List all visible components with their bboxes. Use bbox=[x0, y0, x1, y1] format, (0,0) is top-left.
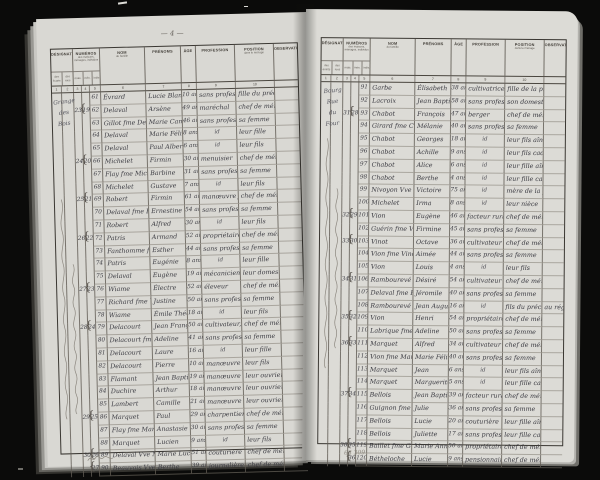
cell-designation-b bbox=[66, 247, 78, 260]
cell-menage-no: 34 bbox=[349, 390, 357, 403]
cell-individu-no: 115 bbox=[357, 390, 368, 403]
header-sublabel: des écarts bbox=[52, 72, 63, 85]
column-number: 2 bbox=[331, 75, 343, 81]
cell-age: 4 ans bbox=[450, 262, 465, 275]
cell-designation-a bbox=[54, 170, 64, 183]
cell-observations bbox=[542, 327, 563, 340]
header-prenoms: Prénoms bbox=[415, 39, 451, 75]
register-row: 3734115BelloisJean Baptiste39 ansfacteur… bbox=[319, 389, 563, 404]
cell-profession: cultivateur bbox=[465, 275, 504, 288]
cell-prenoms: Adeline bbox=[413, 326, 449, 339]
cell-designation-a bbox=[321, 146, 331, 159]
cell-designation-b bbox=[63, 119, 75, 132]
cell-position: leur fils bbox=[504, 263, 543, 276]
cell-age: 54 ans bbox=[449, 314, 464, 327]
cell-designation-b bbox=[330, 223, 342, 236]
cell-designation-a bbox=[55, 196, 65, 209]
cell-age: 40 ans bbox=[449, 352, 464, 365]
cell-observations bbox=[280, 279, 303, 292]
table-body: 91GarbeÉlisabeth38 anscultivatricefille … bbox=[318, 82, 565, 468]
cell-individu-no: 76 bbox=[95, 284, 106, 297]
cell-designation-a bbox=[320, 274, 330, 287]
header-label: Observations bbox=[545, 43, 566, 48]
cell-designation-a bbox=[55, 209, 65, 222]
cell-designation-b bbox=[331, 108, 343, 121]
cell-position: leur fille aînée bbox=[505, 161, 544, 174]
film-speck bbox=[118, 1, 127, 4]
cell-designation-a bbox=[57, 273, 67, 286]
cell-individu-no: 97 bbox=[359, 159, 370, 172]
cell-profession: manœuvre bbox=[205, 383, 244, 397]
cell-individu-no: 101 bbox=[358, 210, 369, 223]
cell-individu-no: 83 bbox=[97, 374, 108, 387]
cell-age: 6 ans bbox=[183, 141, 198, 154]
cell-nom: Flay fme Michelet bbox=[103, 168, 148, 182]
cell-age: 44 ans bbox=[450, 250, 465, 263]
cell-position: leur fille cadette bbox=[502, 429, 541, 442]
cell-observations bbox=[544, 110, 565, 123]
cell-age: 47 ans bbox=[451, 109, 466, 122]
cell-position: sa femme bbox=[504, 225, 543, 238]
cell-observations bbox=[280, 292, 303, 305]
cell-nom: Marquet bbox=[109, 411, 154, 425]
cell-nom: Wiame bbox=[106, 283, 151, 297]
cell-observations bbox=[275, 100, 298, 113]
cell-profession: cultivateur bbox=[464, 339, 503, 352]
cell-observations bbox=[544, 122, 565, 135]
cell-profession: id bbox=[201, 255, 240, 269]
cell-individu-no: 105 bbox=[358, 262, 369, 275]
cell-observations bbox=[543, 238, 564, 251]
cell-age: 39 ans bbox=[192, 461, 207, 474]
cell-menage-no: 19 bbox=[82, 105, 90, 118]
cell-designation-b bbox=[67, 272, 79, 285]
cell-designation-b bbox=[330, 185, 342, 198]
cell-maison-no bbox=[342, 249, 350, 262]
cell-observations bbox=[542, 340, 563, 353]
cell-age: 54 ans bbox=[450, 275, 465, 288]
cell-observations bbox=[279, 254, 302, 267]
cell-menage-no: 25 bbox=[90, 412, 98, 425]
cell-menage-no: 27 bbox=[92, 464, 100, 477]
cell-age: 39 ans bbox=[449, 390, 464, 403]
cell-designation-b bbox=[71, 451, 83, 464]
header-nom: Nom de famille bbox=[100, 47, 146, 84]
cell-position: leur fils bbox=[237, 139, 276, 153]
cell-nom: Guignon fme Bellois bbox=[367, 402, 412, 415]
cell-nom: Chabot bbox=[370, 147, 415, 160]
cell-prenoms: Henri bbox=[413, 313, 449, 326]
cell-designation-a bbox=[61, 426, 71, 439]
cell-individu-no: 93 bbox=[359, 108, 370, 121]
cell-observations bbox=[544, 135, 565, 148]
column-number: 6 bbox=[101, 84, 146, 91]
cell-nom: Bétheloche bbox=[367, 454, 412, 467]
cell-profession: cultivateur, maire bbox=[203, 319, 242, 333]
census-table-left: Désignation des écarts des rues Numéros … bbox=[50, 42, 309, 454]
header-position: Position dans le ménage bbox=[505, 40, 544, 76]
header-age: Âge bbox=[451, 39, 466, 75]
cell-menage-no bbox=[348, 402, 356, 415]
table-header: Désignation des écarts des rues Numéros … bbox=[321, 38, 565, 77]
cell-profession: manœuvre journalier bbox=[200, 191, 239, 205]
cell-age: 30 ans bbox=[191, 422, 206, 435]
cell-profession: id bbox=[465, 186, 504, 199]
cell-individu-no: 85 bbox=[98, 399, 109, 412]
cell-designation-b bbox=[69, 375, 81, 388]
cell-designation-a bbox=[58, 311, 68, 324]
cell-nom: Guérin fme Vion bbox=[369, 223, 414, 236]
cell-designation-a bbox=[319, 364, 329, 377]
cell-profession: facteur rural bbox=[464, 391, 503, 404]
cell-designation-a bbox=[60, 413, 70, 426]
cell-nom: Flay fme Marquet bbox=[110, 424, 155, 438]
cell-nom: Delaval fme Rambourevé bbox=[368, 287, 413, 300]
cell-menage-no bbox=[351, 134, 359, 147]
cell-observations bbox=[544, 161, 565, 174]
cell-nom: Bellois bbox=[367, 428, 412, 441]
cell-nom: Bellois bbox=[368, 390, 413, 403]
cell-prenoms: Désiré bbox=[414, 275, 450, 288]
cell-nom: Delaval bbox=[102, 130, 147, 144]
cell-observations bbox=[275, 87, 298, 100]
register-row: 3229101VionEugène46 ansfacteur ruralchef… bbox=[320, 210, 564, 225]
cell-menage-no bbox=[351, 159, 359, 172]
header-sublabel: mén. bbox=[83, 72, 93, 85]
cell-prenoms: Octave bbox=[414, 237, 450, 250]
header-sublabel: des écarts bbox=[321, 61, 332, 74]
cell-profession: id bbox=[466, 147, 505, 160]
cell-observations bbox=[543, 199, 564, 212]
cell-prenoms: Anastasie bbox=[155, 423, 191, 437]
cell-profession: couturière bbox=[206, 447, 245, 461]
cell-age: 52 ans bbox=[186, 231, 201, 244]
cell-nom: Michelet bbox=[103, 181, 148, 195]
cell-profession: cultivateur bbox=[465, 237, 504, 250]
cell-observations bbox=[276, 113, 299, 126]
cell-age: 34 ans bbox=[449, 339, 464, 352]
cell-position: chef de ménage bbox=[245, 446, 284, 460]
cell-nom: Michelet bbox=[103, 155, 148, 169]
cell-position: chef de ménage bbox=[503, 391, 542, 404]
cell-observations bbox=[277, 164, 300, 177]
cell-individu-no: 94 bbox=[359, 121, 370, 134]
cell-designation-a bbox=[56, 234, 66, 247]
cell-observations bbox=[282, 343, 305, 356]
cell-position: chef de ménage bbox=[502, 455, 541, 468]
cell-nom: Lambert bbox=[109, 398, 154, 412]
cell-observations bbox=[277, 151, 300, 164]
cell-nom: Patris bbox=[105, 258, 150, 272]
cell-prenoms: Arsène bbox=[146, 103, 182, 117]
register-row: 3532109VionHenri54 anspropriétairechef d… bbox=[319, 312, 563, 327]
cell-age: 61 ans bbox=[185, 192, 200, 205]
cell-nom: Marquet bbox=[368, 377, 413, 390]
cell-designation-b bbox=[331, 133, 343, 146]
column-number: 1 bbox=[52, 86, 62, 92]
cell-prenoms: Firmin bbox=[149, 193, 185, 207]
cell-profession: mécanicien bbox=[202, 268, 241, 282]
cell-designation-b bbox=[328, 441, 340, 454]
cell-age: 8 ans bbox=[183, 128, 198, 141]
cell-profession: id bbox=[199, 178, 238, 192]
header-sublabel: des rues bbox=[62, 72, 72, 85]
cell-prenoms: Irma bbox=[414, 198, 450, 211]
cell-designation-b bbox=[331, 82, 343, 95]
header-label: Âge bbox=[452, 42, 466, 46]
cell-position: leur nièce bbox=[504, 199, 543, 212]
cell-designation-b bbox=[330, 197, 342, 210]
cell-position: sa femme bbox=[502, 404, 541, 417]
cell-nom: Richard fme Wiame bbox=[106, 296, 151, 310]
column-number: 3 bbox=[74, 86, 82, 92]
cell-maison-no bbox=[343, 146, 351, 159]
header-sublabel: mais. bbox=[343, 61, 353, 74]
cell-designation-b bbox=[330, 249, 342, 262]
cell-position: chef de ménage bbox=[241, 280, 280, 294]
cell-prenoms: Arthur bbox=[154, 384, 190, 398]
cell-designation-a bbox=[58, 336, 68, 349]
cell-profession: éleveur bbox=[202, 281, 241, 295]
cell-maison-no bbox=[343, 134, 351, 147]
cell-position: leur ouvrier bbox=[243, 369, 282, 383]
cell-observations bbox=[277, 177, 300, 190]
column-number: 10 bbox=[236, 81, 275, 88]
cell-profession: maréchal bbox=[197, 102, 236, 116]
cell-age: 16 ans bbox=[189, 346, 204, 359]
cell-position: chef de ménage bbox=[239, 190, 278, 204]
cell-profession: id bbox=[206, 434, 245, 448]
cell-individu-no: 117 bbox=[356, 415, 367, 428]
cell-nom: Chabot bbox=[369, 172, 414, 185]
cell-designation-a bbox=[321, 95, 331, 108]
cell-designation-b bbox=[329, 364, 341, 377]
cell-observations bbox=[282, 356, 305, 369]
cell-prenoms: Eugène bbox=[151, 269, 187, 283]
cell-designation-a bbox=[321, 159, 331, 172]
cell-position: chef de ménage bbox=[242, 318, 281, 332]
cell-profession: id bbox=[200, 217, 239, 231]
cell-individu-no: 118 bbox=[356, 428, 367, 441]
cell-prenoms: Berthe bbox=[414, 173, 450, 186]
header-nom: Nom de famille bbox=[370, 39, 415, 75]
cell-designation-b bbox=[331, 159, 343, 172]
column-number: 9 bbox=[197, 82, 236, 89]
cell-observations bbox=[276, 138, 299, 151]
cell-observations bbox=[543, 225, 564, 238]
film-speck bbox=[18, 468, 23, 470]
cell-position: sa femme bbox=[503, 288, 542, 301]
cell-prenoms: Jean Baptiste bbox=[415, 96, 451, 109]
cell-prenoms: Achille bbox=[415, 147, 451, 160]
cell-nom: Delacourt bbox=[108, 347, 153, 361]
cell-nom: Vion fme Vinot bbox=[369, 249, 414, 262]
cell-nom: Lacroix bbox=[370, 95, 415, 108]
cell-age: 6 ans bbox=[449, 365, 464, 378]
header-sublabel: mais. bbox=[73, 72, 83, 85]
header-note: de famille bbox=[371, 45, 415, 49]
cell-individu-no: 87 bbox=[99, 425, 110, 438]
cell-individu-no: 86 bbox=[98, 412, 109, 425]
cell-position: chef de ménage bbox=[504, 276, 543, 289]
cell-individu-no: 61 bbox=[90, 92, 101, 105]
cell-designation-b bbox=[70, 400, 82, 413]
cell-nom: Vinot bbox=[369, 236, 414, 249]
cell-designation-b bbox=[64, 183, 76, 196]
census-table-right: Désignation des écarts des rues Numéros … bbox=[317, 37, 567, 446]
cell-observations bbox=[278, 190, 301, 203]
cell-position: fils du précédent bbox=[503, 301, 542, 314]
cell-designation-a bbox=[56, 247, 66, 260]
cell-position: chef de ménage bbox=[504, 212, 543, 225]
cell-designation-b bbox=[330, 210, 342, 223]
cell-position: fille du précédent bbox=[236, 88, 275, 102]
cell-individu-no: 108 bbox=[357, 300, 368, 313]
cell-designation-a bbox=[58, 324, 68, 337]
cell-prenoms: Jean Baptiste bbox=[413, 390, 449, 403]
cell-position: sa femme bbox=[504, 250, 543, 263]
cell-menage-no bbox=[349, 287, 357, 300]
cell-profession: id bbox=[203, 306, 242, 320]
header-numeros: Numéros des maisons, ménages, individus … bbox=[343, 38, 370, 74]
column-number: 7 bbox=[146, 83, 182, 90]
cell-age: 54 ans bbox=[185, 205, 200, 218]
header-note: dans le ménage bbox=[235, 51, 273, 55]
cell-observations bbox=[276, 126, 299, 139]
cell-individu-no: 84 bbox=[98, 387, 109, 400]
cell-designation-a bbox=[318, 415, 328, 428]
header-numeros: Numéros des maisons, ménages, individus … bbox=[73, 48, 101, 85]
cell-profession: sans profession bbox=[203, 332, 242, 346]
cell-designation-a bbox=[319, 312, 329, 325]
cell-prenoms: Jean Auguste bbox=[413, 300, 449, 313]
cell-designation-b bbox=[66, 234, 78, 247]
cell-profession: propriétaire bbox=[463, 442, 502, 455]
cell-observations bbox=[278, 202, 301, 215]
cell-individu-no: 65 bbox=[91, 144, 102, 157]
cell-designation-b bbox=[329, 338, 341, 351]
cell-designation-a bbox=[52, 106, 62, 119]
cell-designation-b bbox=[67, 298, 79, 311]
cell-nom: Gillot fme Delaval bbox=[102, 117, 147, 131]
cell-prenoms: Esther bbox=[150, 244, 186, 258]
cell-prenoms: Justine bbox=[151, 295, 187, 309]
pencil-note: 63 309 bbox=[344, 450, 365, 457]
cell-profession: sans profession bbox=[197, 89, 236, 103]
cell-position: leur fille cadette bbox=[504, 173, 543, 186]
cell-profession: id bbox=[466, 135, 505, 148]
column-number: 10 bbox=[505, 77, 544, 83]
cell-nom: Vion bbox=[368, 313, 413, 326]
cell-maison-no bbox=[343, 159, 351, 172]
cell-prenoms: Paul Albert bbox=[147, 141, 183, 155]
cell-prenoms: Ernestine bbox=[149, 205, 185, 219]
cell-profession: id bbox=[465, 263, 504, 276]
header-label: Profession bbox=[467, 42, 505, 47]
cell-menage-no: 28 bbox=[351, 108, 359, 121]
cell-nom: Nivoyon Vve Girard bbox=[369, 185, 414, 198]
cell-position: chef de ménage bbox=[246, 459, 285, 473]
cell-position: son domestique bbox=[505, 97, 544, 110]
cell-designation-b bbox=[329, 287, 341, 300]
cell-prenoms: Marie Anne bbox=[412, 441, 448, 454]
header-age: Âge bbox=[181, 46, 197, 82]
cell-designation-a bbox=[321, 121, 331, 134]
cell-age: 8 ans bbox=[450, 198, 465, 211]
cell-age: 7 ans bbox=[184, 179, 199, 192]
cell-designation-b bbox=[65, 195, 77, 208]
cell-nom: Vion bbox=[369, 262, 414, 275]
cell-nom: Chabot bbox=[370, 108, 415, 121]
cell-profession: propriétaire bbox=[464, 314, 503, 327]
cell-prenoms: Marie Félicie bbox=[147, 129, 183, 143]
cell-prenoms: Eugène bbox=[414, 211, 450, 224]
cell-observations bbox=[279, 228, 302, 241]
header-subcolumns: mais. mén. indiv. bbox=[343, 60, 369, 74]
cell-individu-no: 88 bbox=[99, 438, 110, 451]
cell-designation-b bbox=[62, 93, 74, 106]
cell-profession: menuisier bbox=[199, 153, 238, 167]
cell-individu-no: 116 bbox=[356, 402, 367, 415]
cell-prenoms: Lucie Blanche bbox=[146, 90, 182, 104]
cell-prenoms: Juliette bbox=[412, 428, 448, 441]
cell-nom: Delacourt bbox=[107, 321, 152, 335]
cell-designation-a bbox=[60, 400, 70, 413]
cell-designation-a bbox=[320, 248, 330, 261]
cell-designation-a bbox=[321, 108, 331, 121]
cell-menage-no: 32 bbox=[349, 313, 357, 326]
cell-observations bbox=[281, 305, 304, 318]
cell-individu-no: 63 bbox=[91, 118, 102, 131]
cell-position: sa femme bbox=[241, 293, 280, 307]
column-number: 5 bbox=[359, 75, 370, 81]
cell-observations bbox=[541, 442, 562, 455]
cell-maison-no bbox=[341, 364, 349, 377]
cell-designation-a bbox=[60, 388, 70, 401]
cell-individu-no: 70 bbox=[93, 208, 104, 221]
cell-prenoms: Marie Félicie bbox=[413, 352, 449, 365]
cell-observations bbox=[542, 289, 563, 302]
cell-menage-no bbox=[351, 121, 359, 134]
cell-profession: manœuvre bbox=[204, 358, 243, 372]
cell-observations bbox=[280, 266, 303, 279]
header-sublabel: mén. bbox=[353, 61, 362, 74]
cell-nom: Delaval bbox=[101, 104, 146, 118]
column-number: 9 bbox=[466, 76, 505, 82]
cell-age: 31 ans bbox=[184, 167, 199, 180]
cell-position: sa femme bbox=[503, 352, 542, 365]
cell-position: mère de la femme bbox=[504, 186, 543, 199]
cell-designation-b bbox=[330, 274, 342, 287]
cell-observations bbox=[281, 330, 304, 343]
cell-age: 40 ans bbox=[449, 288, 464, 301]
cell-age: 52 ans bbox=[187, 282, 202, 295]
cell-profession: journalière bbox=[207, 460, 246, 474]
header-subcolumns: des écarts des rues bbox=[321, 60, 342, 74]
cell-maison-no bbox=[340, 402, 348, 415]
cell-profession: id bbox=[198, 127, 237, 141]
cell-designation-b bbox=[329, 377, 341, 390]
cell-individu-no: 66 bbox=[92, 156, 103, 169]
cell-maison-no bbox=[341, 287, 349, 300]
cell-observations: au régiment bbox=[542, 302, 563, 315]
cell-menage-no: 24 bbox=[88, 323, 96, 336]
cell-observations bbox=[543, 186, 564, 199]
cell-menage-no: 30 bbox=[350, 236, 358, 249]
cell-profession: manœuvre bbox=[204, 370, 243, 384]
cell-observations bbox=[541, 455, 562, 468]
cell-position: chef de ménage bbox=[502, 442, 541, 455]
